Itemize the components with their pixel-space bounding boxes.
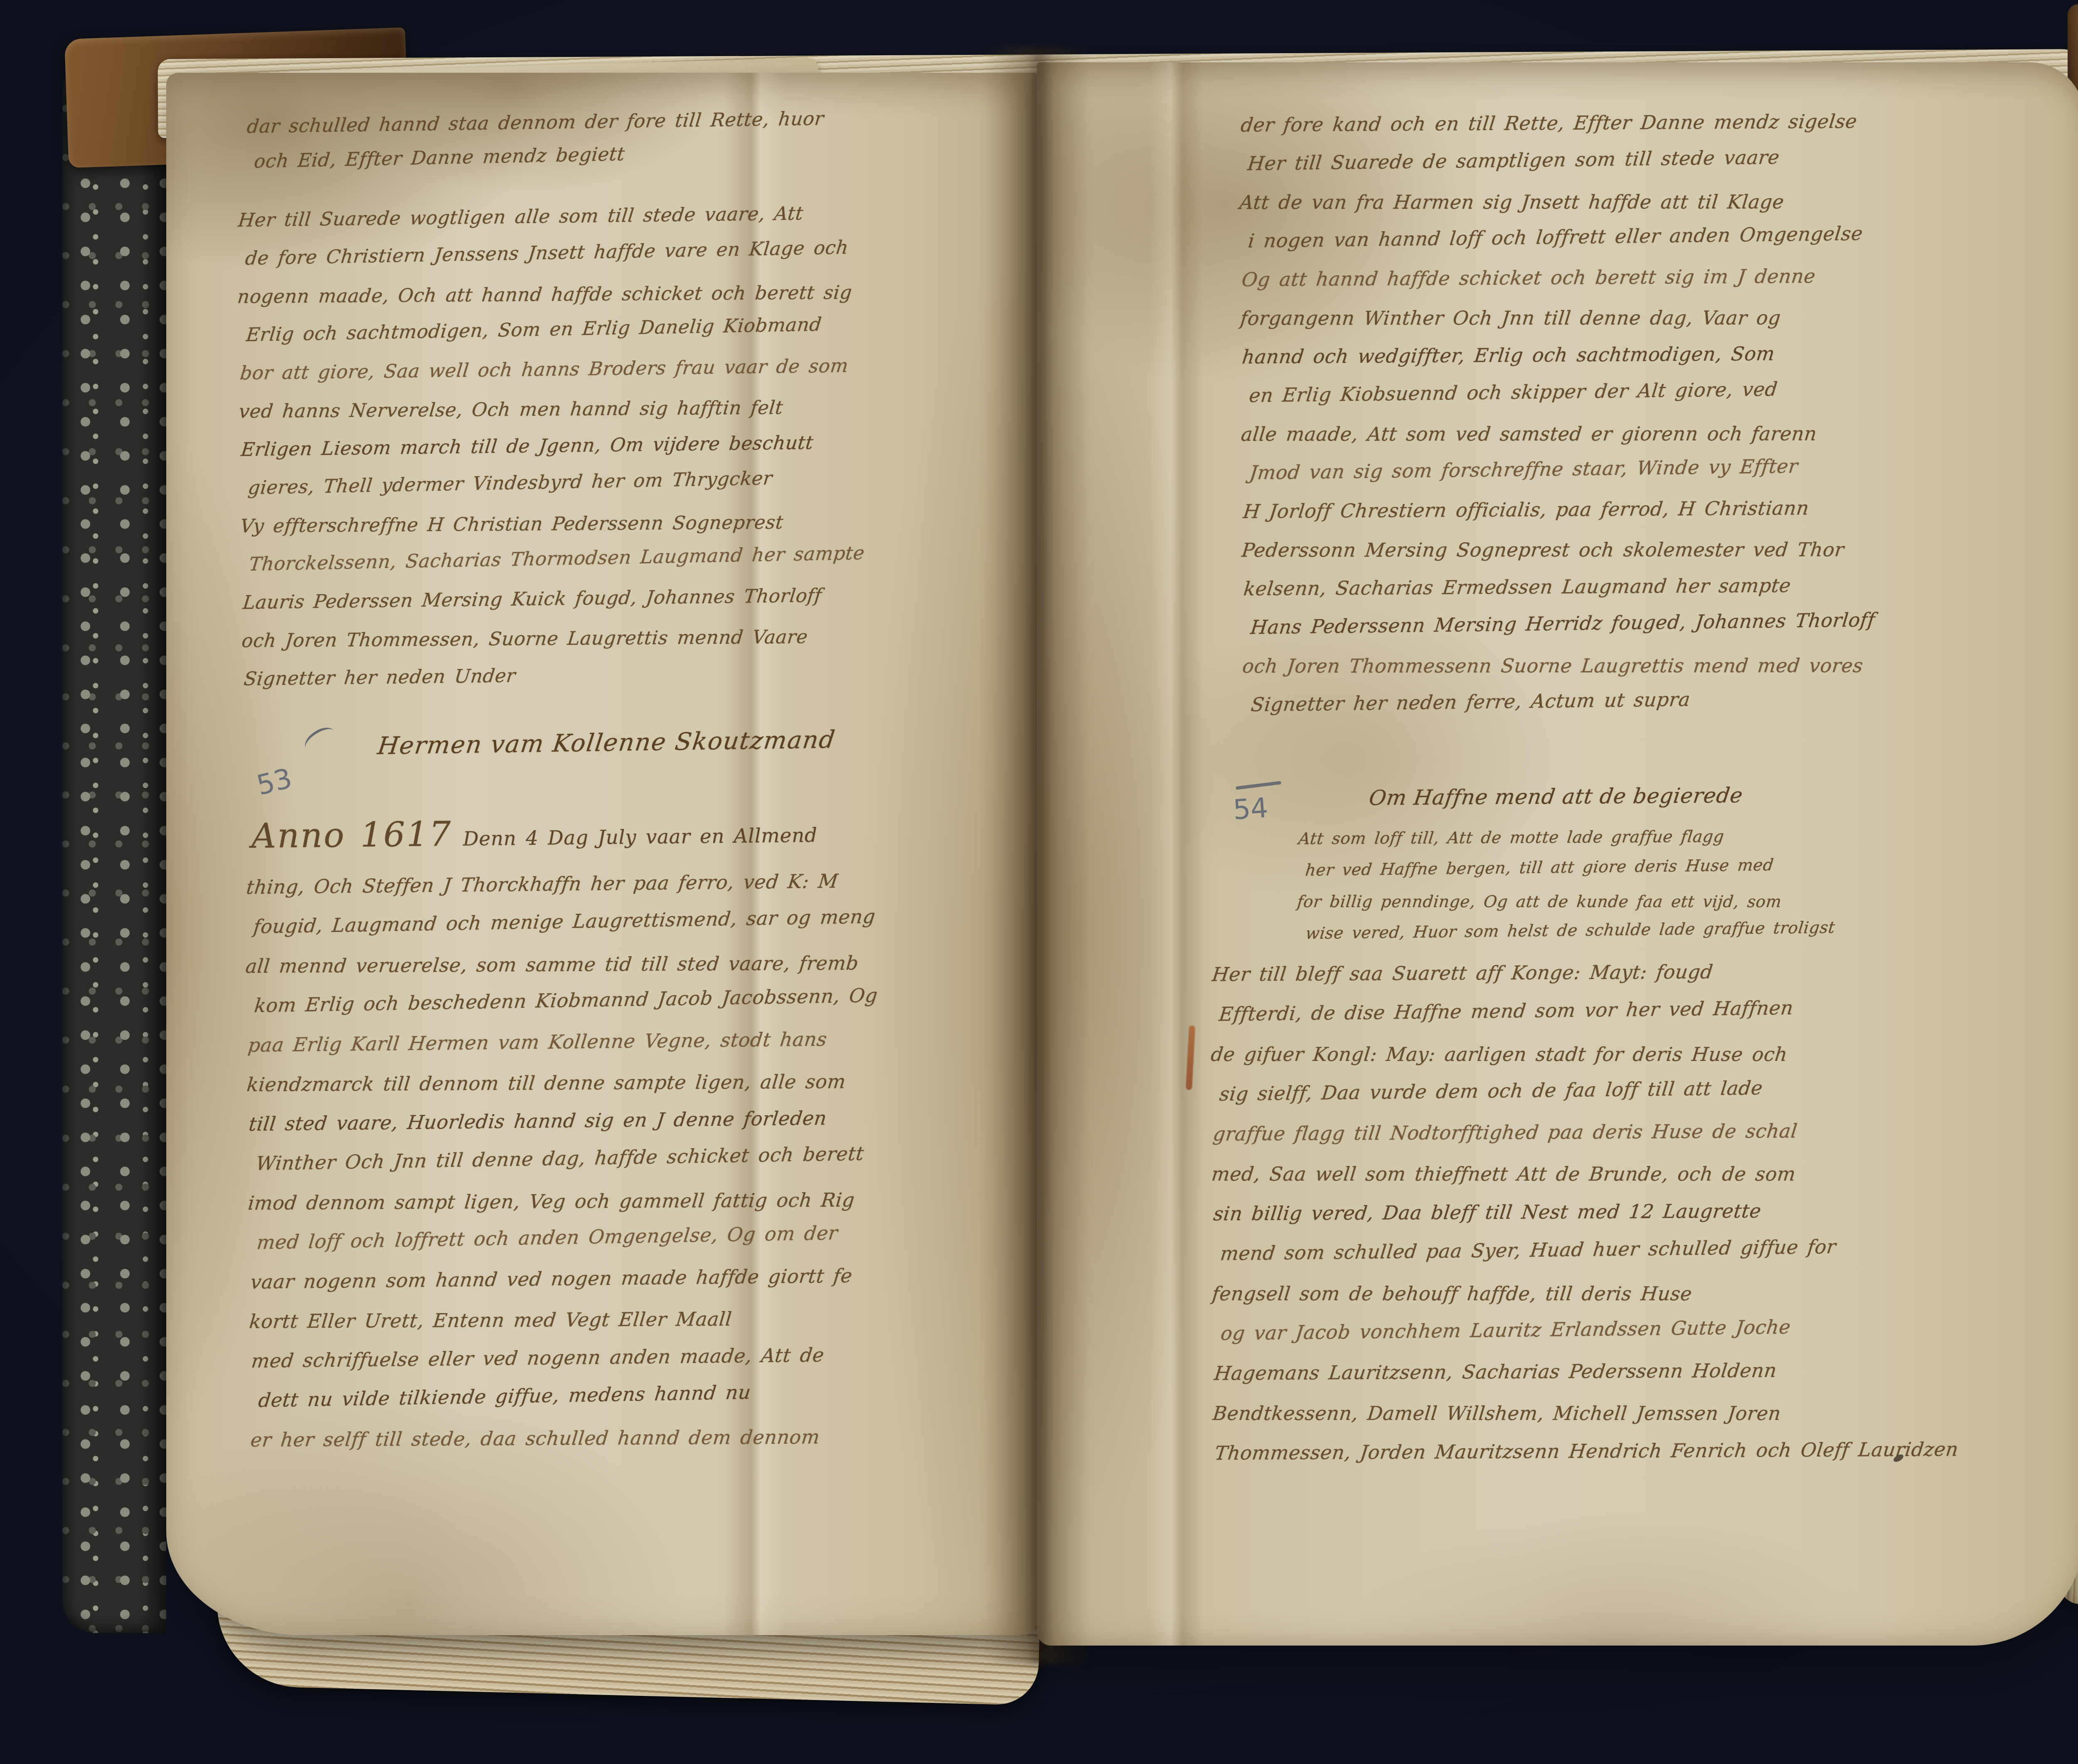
pencil-folio-number-left: 53 <box>254 762 295 802</box>
anno-opening-rest: Denn 4 Dag July vaar en Allmend <box>463 824 817 851</box>
manuscript-line: med, Saa well som thieffnett Att de Brun… <box>1209 1154 1958 1194</box>
manuscript-line: Og att hannd haffde schicket och berett … <box>1240 256 1875 299</box>
manuscript-line: Effterdi, de dise Haffne mend som vor he… <box>1217 986 1959 1034</box>
manuscript-line: paa Erlig Karll Hermen vam Kollenne Vegn… <box>246 1019 880 1065</box>
manuscript-line: en Erlig Kiobsuennd och skipper der Alt … <box>1247 369 1876 415</box>
section-heading-haffne-mend: Om Haffne mend att de begierede <box>1368 783 1745 810</box>
manuscript-line: Lauris Pederssen Mersing Kuick fougd, Jo… <box>241 576 867 622</box>
manuscript-line: i nogen van hannd loff och loffrett elle… <box>1246 214 1875 260</box>
left-witness-paragraph: Her till Suarede wogtligen alle som till… <box>238 194 866 698</box>
anno-initial: Anno 1617 <box>251 814 453 856</box>
manuscript-line: her ved Haffne bergen, till att giore de… <box>1304 849 1837 886</box>
pencil-folio-number-right: 54 <box>1232 792 1269 826</box>
manuscript-line: er her selff till stede, daa schulled ha… <box>249 1417 883 1460</box>
manuscript-line: bor att giore, Saa well och hanns Broder… <box>238 347 864 392</box>
manuscript-line: vaar nogenn som hannd ved nogen maade ha… <box>249 1256 882 1302</box>
manuscript-line: sig sielff, Daa vurde dem och de faa lof… <box>1217 1065 1959 1114</box>
left-page-folio-53: 53 dar schulled hannd staa dennom der fo… <box>166 73 1037 1635</box>
manuscript-line: H Jorloff Chrestiern officialis, paa fer… <box>1241 488 1876 531</box>
right-answer-paragraph: Her till bleff saa Suarett aff Konge: Ma… <box>1212 950 1959 1473</box>
manuscript-line: kortt Eller Urett, Entenn med Vegt Eller… <box>247 1299 882 1341</box>
right-petition-paragraph: Att som loff till, Att de motte lade gra… <box>1298 821 1835 950</box>
right-page-folio-54: 54 der fore kand och en till Rette, Efft… <box>1037 62 2078 1646</box>
anno-opening-line: Anno 1617Denn 4 Dag July vaar en Allmend <box>251 811 817 856</box>
right-main-paragraph: der fore kand och en till Rette, Effter … <box>1241 102 1875 724</box>
manuscript-line: Her till Suarede de samptligen som till … <box>1246 137 1874 183</box>
manuscript-line: Signetter her neden Under <box>242 652 868 698</box>
manuscript-line: wise vered, Huor som helst de schulde la… <box>1304 912 1837 950</box>
manuscript-line: Thommessen, Jorden Mauritzsenn Hendrich … <box>1212 1429 1960 1473</box>
manuscript-line: Bendtkessenn, Damell Willshem, Michell J… <box>1211 1393 1960 1433</box>
manuscript-line: Jmod van sig som forschreffne staar, Win… <box>1248 446 1876 492</box>
entry-heading: Hermen vam Kollenne Skoutzmand <box>376 725 837 760</box>
manuscript-line: forgangenn Winther Och Jnn till denne da… <box>1238 298 1874 337</box>
manuscript-photo-scene: 53 dar schulled hannd staa dennom der fo… <box>0 0 2078 1764</box>
pencil-tick-mark <box>301 723 339 756</box>
page-fold-crease <box>1149 62 1203 1646</box>
manuscript-line: Pederssonn Mersing Sogneprest och skolem… <box>1240 530 1876 569</box>
left-opening-paragraph: dar schulled hannd staa dennom der fore … <box>247 101 825 179</box>
manuscript-line: Hagemans Lauritzsenn, Sacharias Pedersse… <box>1212 1349 1960 1393</box>
manuscript-line: kiendzmarck till dennom till denne sampt… <box>245 1062 879 1105</box>
left-anno-paragraph: thing, Och Steffen J Thorckhaffn her paa… <box>246 861 882 1460</box>
pencil-overbar <box>1236 781 1281 790</box>
manuscript-line: Signetter her neden ferre, Actum ut supr… <box>1249 678 1878 724</box>
manuscript-line: og var Jacob vonchhem Lauritz Erlandssen… <box>1219 1305 1960 1353</box>
marbled-cover-edge <box>62 62 166 1633</box>
manuscript-line: mend som schulled paa Syer, Huad huer sc… <box>1218 1225 1960 1273</box>
manuscript-line: Hans Pederssenn Mersing Herridz fouged, … <box>1248 600 1877 647</box>
manuscript-line: graffue flagg till Nodtorfftighed paa de… <box>1211 1110 1959 1154</box>
red-ink-streak <box>1186 1026 1195 1090</box>
